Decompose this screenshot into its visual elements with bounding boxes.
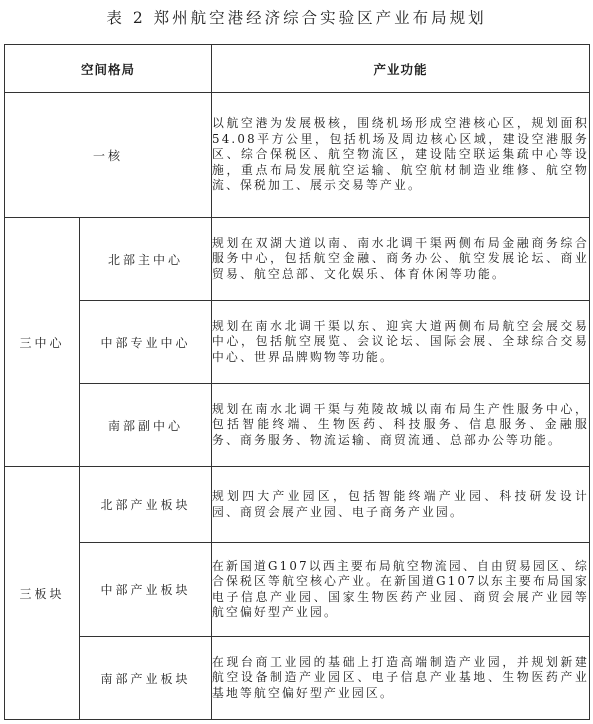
block-function: 规划四大产业园区，包括智能终端产业园、科技研发设计园、商贸会展产业园、电子商务产… <box>212 467 590 543</box>
header-spatial-pattern: 空间格局 <box>5 45 212 93</box>
table-row: 南部产业板块 在现台商工业园的基础上打造高端制造产业园，并规划新建航空设备制造产… <box>5 637 590 720</box>
center-function: 规划在南水北调干渠与苑陵故城以南布局生产性服务中心，包括智能终端、生物医药、科技… <box>212 384 590 467</box>
table-title: 表 2 郑州航空港经济综合实验区产业布局规划 <box>0 6 593 28</box>
header-row: 空间格局 产业功能 <box>5 45 590 93</box>
three-centers-label: 三中心 <box>5 218 80 467</box>
block-function: 在现台商工业园的基础上打造高端制造产业园，并规划新建航空设备制造产业园区、电子信… <box>212 637 590 720</box>
core-label: 一核 <box>5 93 212 218</box>
center-function: 规划在南水北调干渠以东、迎宾大道两侧布局航空会展交易中心，包括航空展览、会议论坛… <box>212 301 590 384</box>
block-name: 中部产业板块 <box>80 543 212 637</box>
header-industrial-function: 产业功能 <box>212 45 590 93</box>
block-name: 南部产业板块 <box>80 637 212 720</box>
three-blocks-label: 三板块 <box>5 467 80 720</box>
core-function: 以航空港为发展极核，围绕机场形成空港核心区，规划面积54.08平方公里，包括机场… <box>212 93 590 218</box>
block-function: 在新国道G107以西主要布局航空物流园、自由贸易园区、综合保税区等航空核心产业。… <box>212 543 590 637</box>
industrial-layout-table: 空间格局 产业功能 一核 以航空港为发展极核，围绕机场形成空港核心区，规划面积5… <box>4 44 590 720</box>
table-row-core: 一核 以航空港为发展极核，围绕机场形成空港核心区，规划面积54.08平方公里，包… <box>5 93 590 218</box>
table-row: 南部副中心 规划在南水北调干渠与苑陵故城以南布局生产性服务中心，包括智能终端、生… <box>5 384 590 467</box>
center-function: 规划在双湖大道以南、南水北调干渠两侧布局金融商务综合服务中心，包括航空金融、商务… <box>212 218 590 301</box>
table-row: 三中心 北部主中心 规划在双湖大道以南、南水北调干渠两侧布局金融商务综合服务中心… <box>5 218 590 301</box>
center-name: 南部副中心 <box>80 384 212 467</box>
block-name: 北部产业板块 <box>80 467 212 543</box>
center-name: 中部专业中心 <box>80 301 212 384</box>
table-row: 三板块 北部产业板块 规划四大产业园区，包括智能终端产业园、科技研发设计园、商贸… <box>5 467 590 543</box>
table-row: 中部专业中心 规划在南水北调干渠以东、迎宾大道两侧布局航空会展交易中心，包括航空… <box>5 301 590 384</box>
table-row: 中部产业板块 在新国道G107以西主要布局航空物流园、自由贸易园区、综合保税区等… <box>5 543 590 637</box>
center-name: 北部主中心 <box>80 218 212 301</box>
